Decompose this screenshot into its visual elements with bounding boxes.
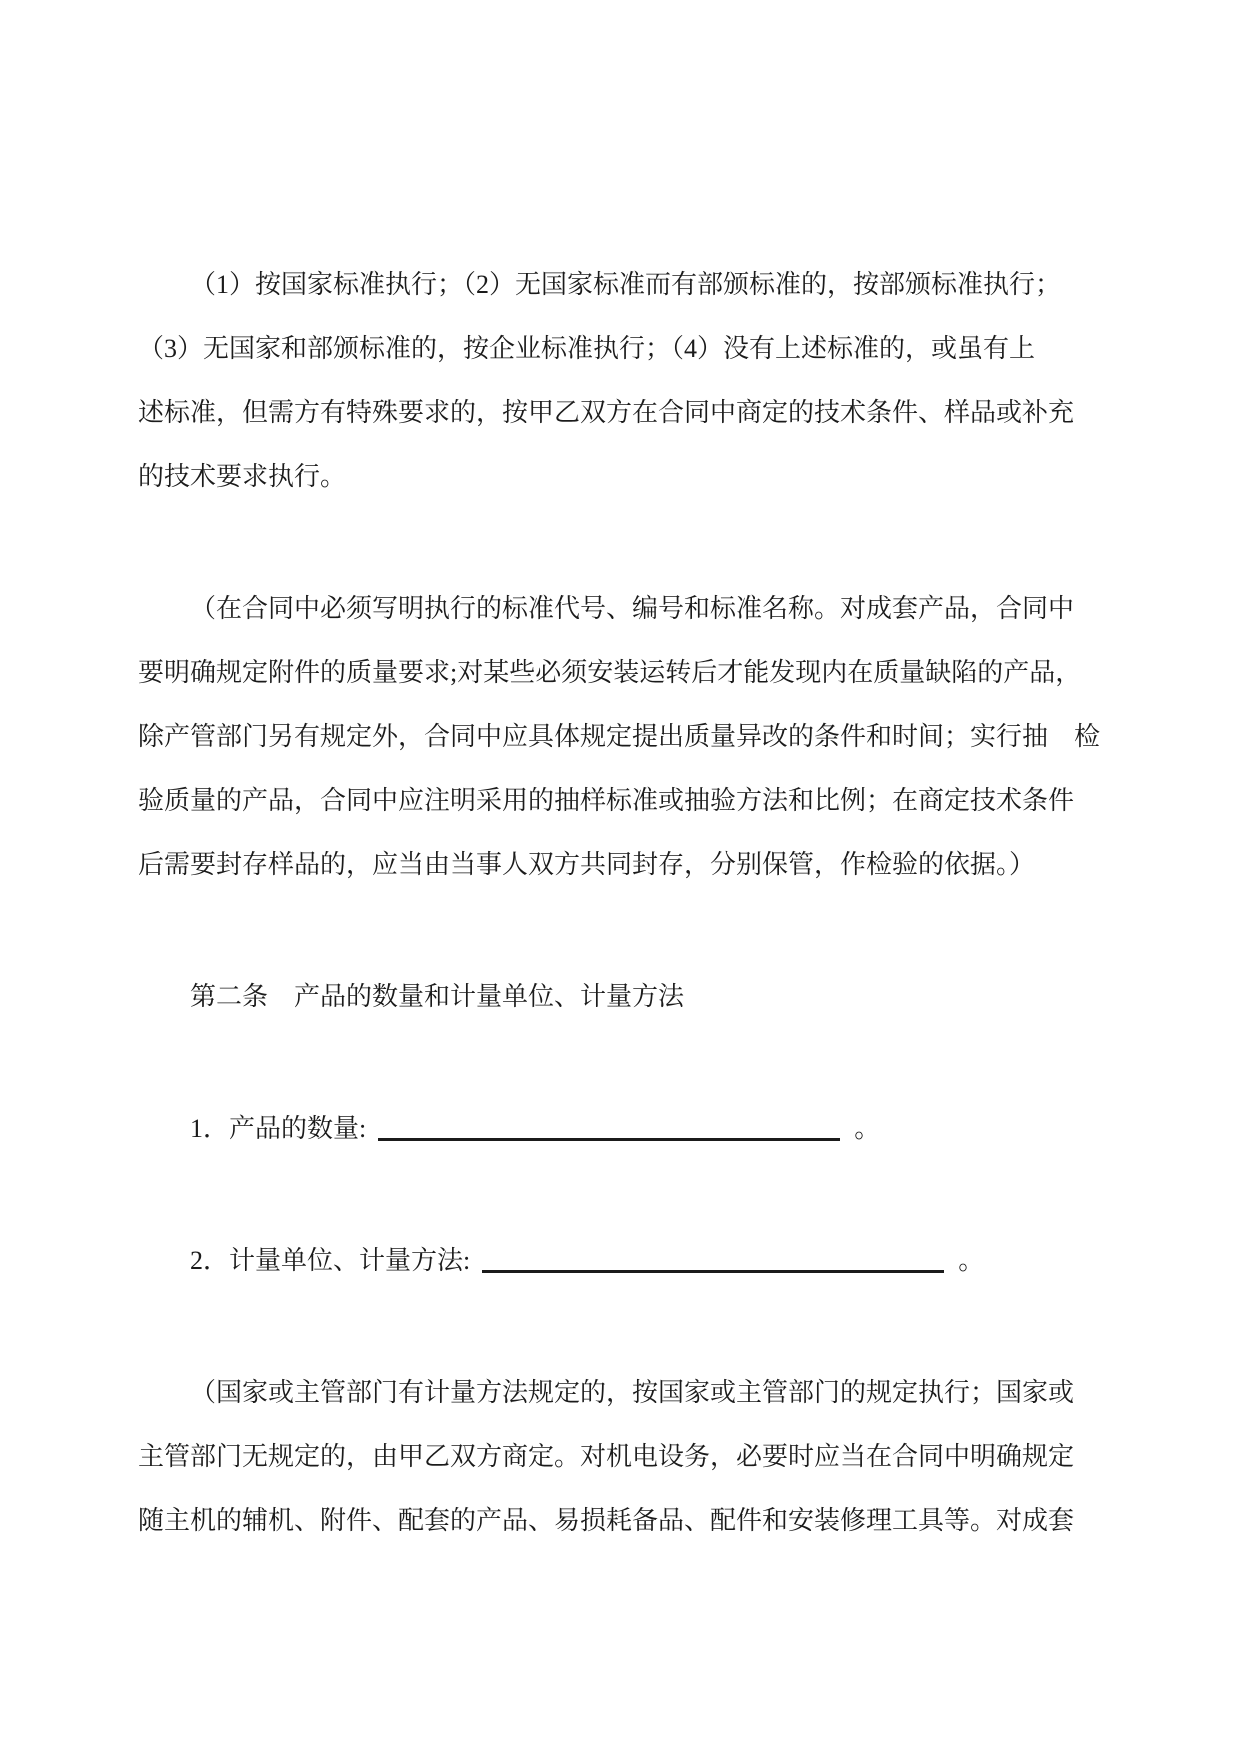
text-line: 随主机的辅机、附件、配套的产品、易损耗备品、配件和安装修理工具等。对成套	[138, 1489, 1118, 1553]
blank-measurement-unit-method	[482, 1250, 944, 1273]
text-line: （在合同中必须写明执行的标准代号、编号和标准名称。对成套产品，合同中	[138, 577, 1118, 641]
item-measurement-unit-method: 2．计量单位、计量方法:。	[138, 1229, 1118, 1293]
text-line: 要明确规定附件的质量要求;对某些必须安装运转后才能发现内在质量缺陷的产品，	[138, 641, 1118, 705]
item-label: 2．计量单位、计量方法:	[190, 1246, 470, 1275]
item-period: 。	[854, 1114, 880, 1143]
paragraph-standards-application: （1）按国家标准执行；（2）无国家标准而有部颁标准的，按部颁标准执行； （3）无…	[138, 253, 1118, 509]
paragraph-measurement-note: （国家或主管部门有计量方法规定的，按国家或主管部门的规定执行；国家或 主管部门无…	[138, 1361, 1118, 1553]
text-line: 述标准，但需方有特殊要求的，按甲乙双方在合同中商定的技术条件、样品或补充	[138, 381, 1118, 445]
text-line: 的技术要求执行。	[138, 445, 1118, 509]
text-line: （3）无国家和部颁标准的，按企业标准执行；（4）没有上述标准的，或虽有上	[138, 317, 1118, 381]
text-line: 后需要封存样品的，应当由当事人双方共同封存，分别保管，作检验的依据。）	[138, 833, 1118, 897]
item-product-quantity: 1．产品的数量:。	[138, 1097, 1118, 1161]
text-line: （国家或主管部门有计量方法规定的，按国家或主管部门的规定执行；国家或	[138, 1361, 1118, 1425]
form-item-line: 2．计量单位、计量方法:。	[138, 1229, 1118, 1293]
item-label: 1．产品的数量:	[190, 1114, 366, 1143]
contract-document-page: （1）按国家标准执行；（2）无国家标准而有部颁标准的，按部颁标准执行； （3）无…	[0, 0, 1240, 1754]
blank-product-quantity	[378, 1118, 840, 1141]
text-line: 验质量的产品，合同中应注明采用的抽样标准或抽验方法和比例；在商定技术条件	[138, 769, 1118, 833]
text-line: 除产管部门另有规定外，合同中应具体规定提出质量异改的条件和时间；实行抽 检	[138, 705, 1118, 769]
clause-2-heading-block: 第二条 产品的数量和计量单位、计量方法	[138, 965, 1118, 1029]
clause-2-heading: 第二条 产品的数量和计量单位、计量方法	[138, 965, 1118, 1029]
text-line: 主管部门无规定的，由甲乙双方商定。对机电设务，必要时应当在合同中明确规定	[138, 1425, 1118, 1489]
text-line: （1）按国家标准执行；（2）无国家标准而有部颁标准的，按部颁标准执行；	[138, 253, 1118, 317]
paragraph-standards-note: （在合同中必须写明执行的标准代号、编号和标准名称。对成套产品，合同中 要明确规定…	[138, 577, 1118, 897]
item-period: 。	[958, 1246, 984, 1275]
form-item-line: 1．产品的数量:。	[138, 1097, 1118, 1161]
document-content: （1）按国家标准执行；（2）无国家标准而有部颁标准的，按部颁标准执行； （3）无…	[138, 253, 1118, 1553]
